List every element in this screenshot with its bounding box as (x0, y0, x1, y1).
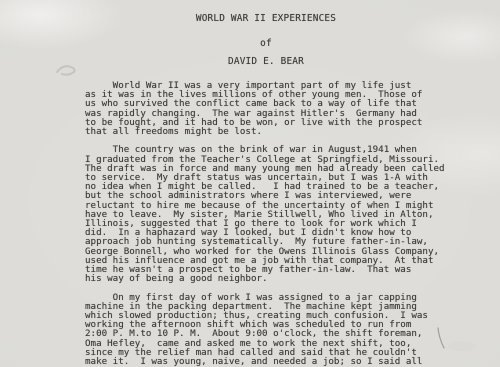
title-connector-of: of (85, 38, 447, 49)
paragraph-intro: World War II was a very important part o… (85, 81, 457, 136)
document-body: World War II was a very important part o… (85, 81, 457, 366)
document-page: WORLD WAR II EXPERIENCES of DAVID E. BEA… (0, 0, 500, 367)
author-name: DAVID E. BEAR (85, 56, 447, 67)
document-title: WORLD WAR II EXPERIENCES (85, 13, 447, 24)
title-block: WORLD WAR II EXPERIENCES of DAVID E. BEA… (85, 13, 447, 67)
typewritten-line: that all freedoms might be lost. (85, 127, 457, 136)
paragraph-draft-and-job: The country was on the brink of war in A… (85, 145, 457, 283)
typewritten-line: his way of being a good neighbor. (85, 274, 457, 283)
paragraph-first-day: On my first day of work I was assigned t… (85, 293, 457, 367)
pencil-smudge-mark (57, 66, 75, 74)
typewritten-line: make it. I was young, naive, and needed … (85, 357, 457, 366)
